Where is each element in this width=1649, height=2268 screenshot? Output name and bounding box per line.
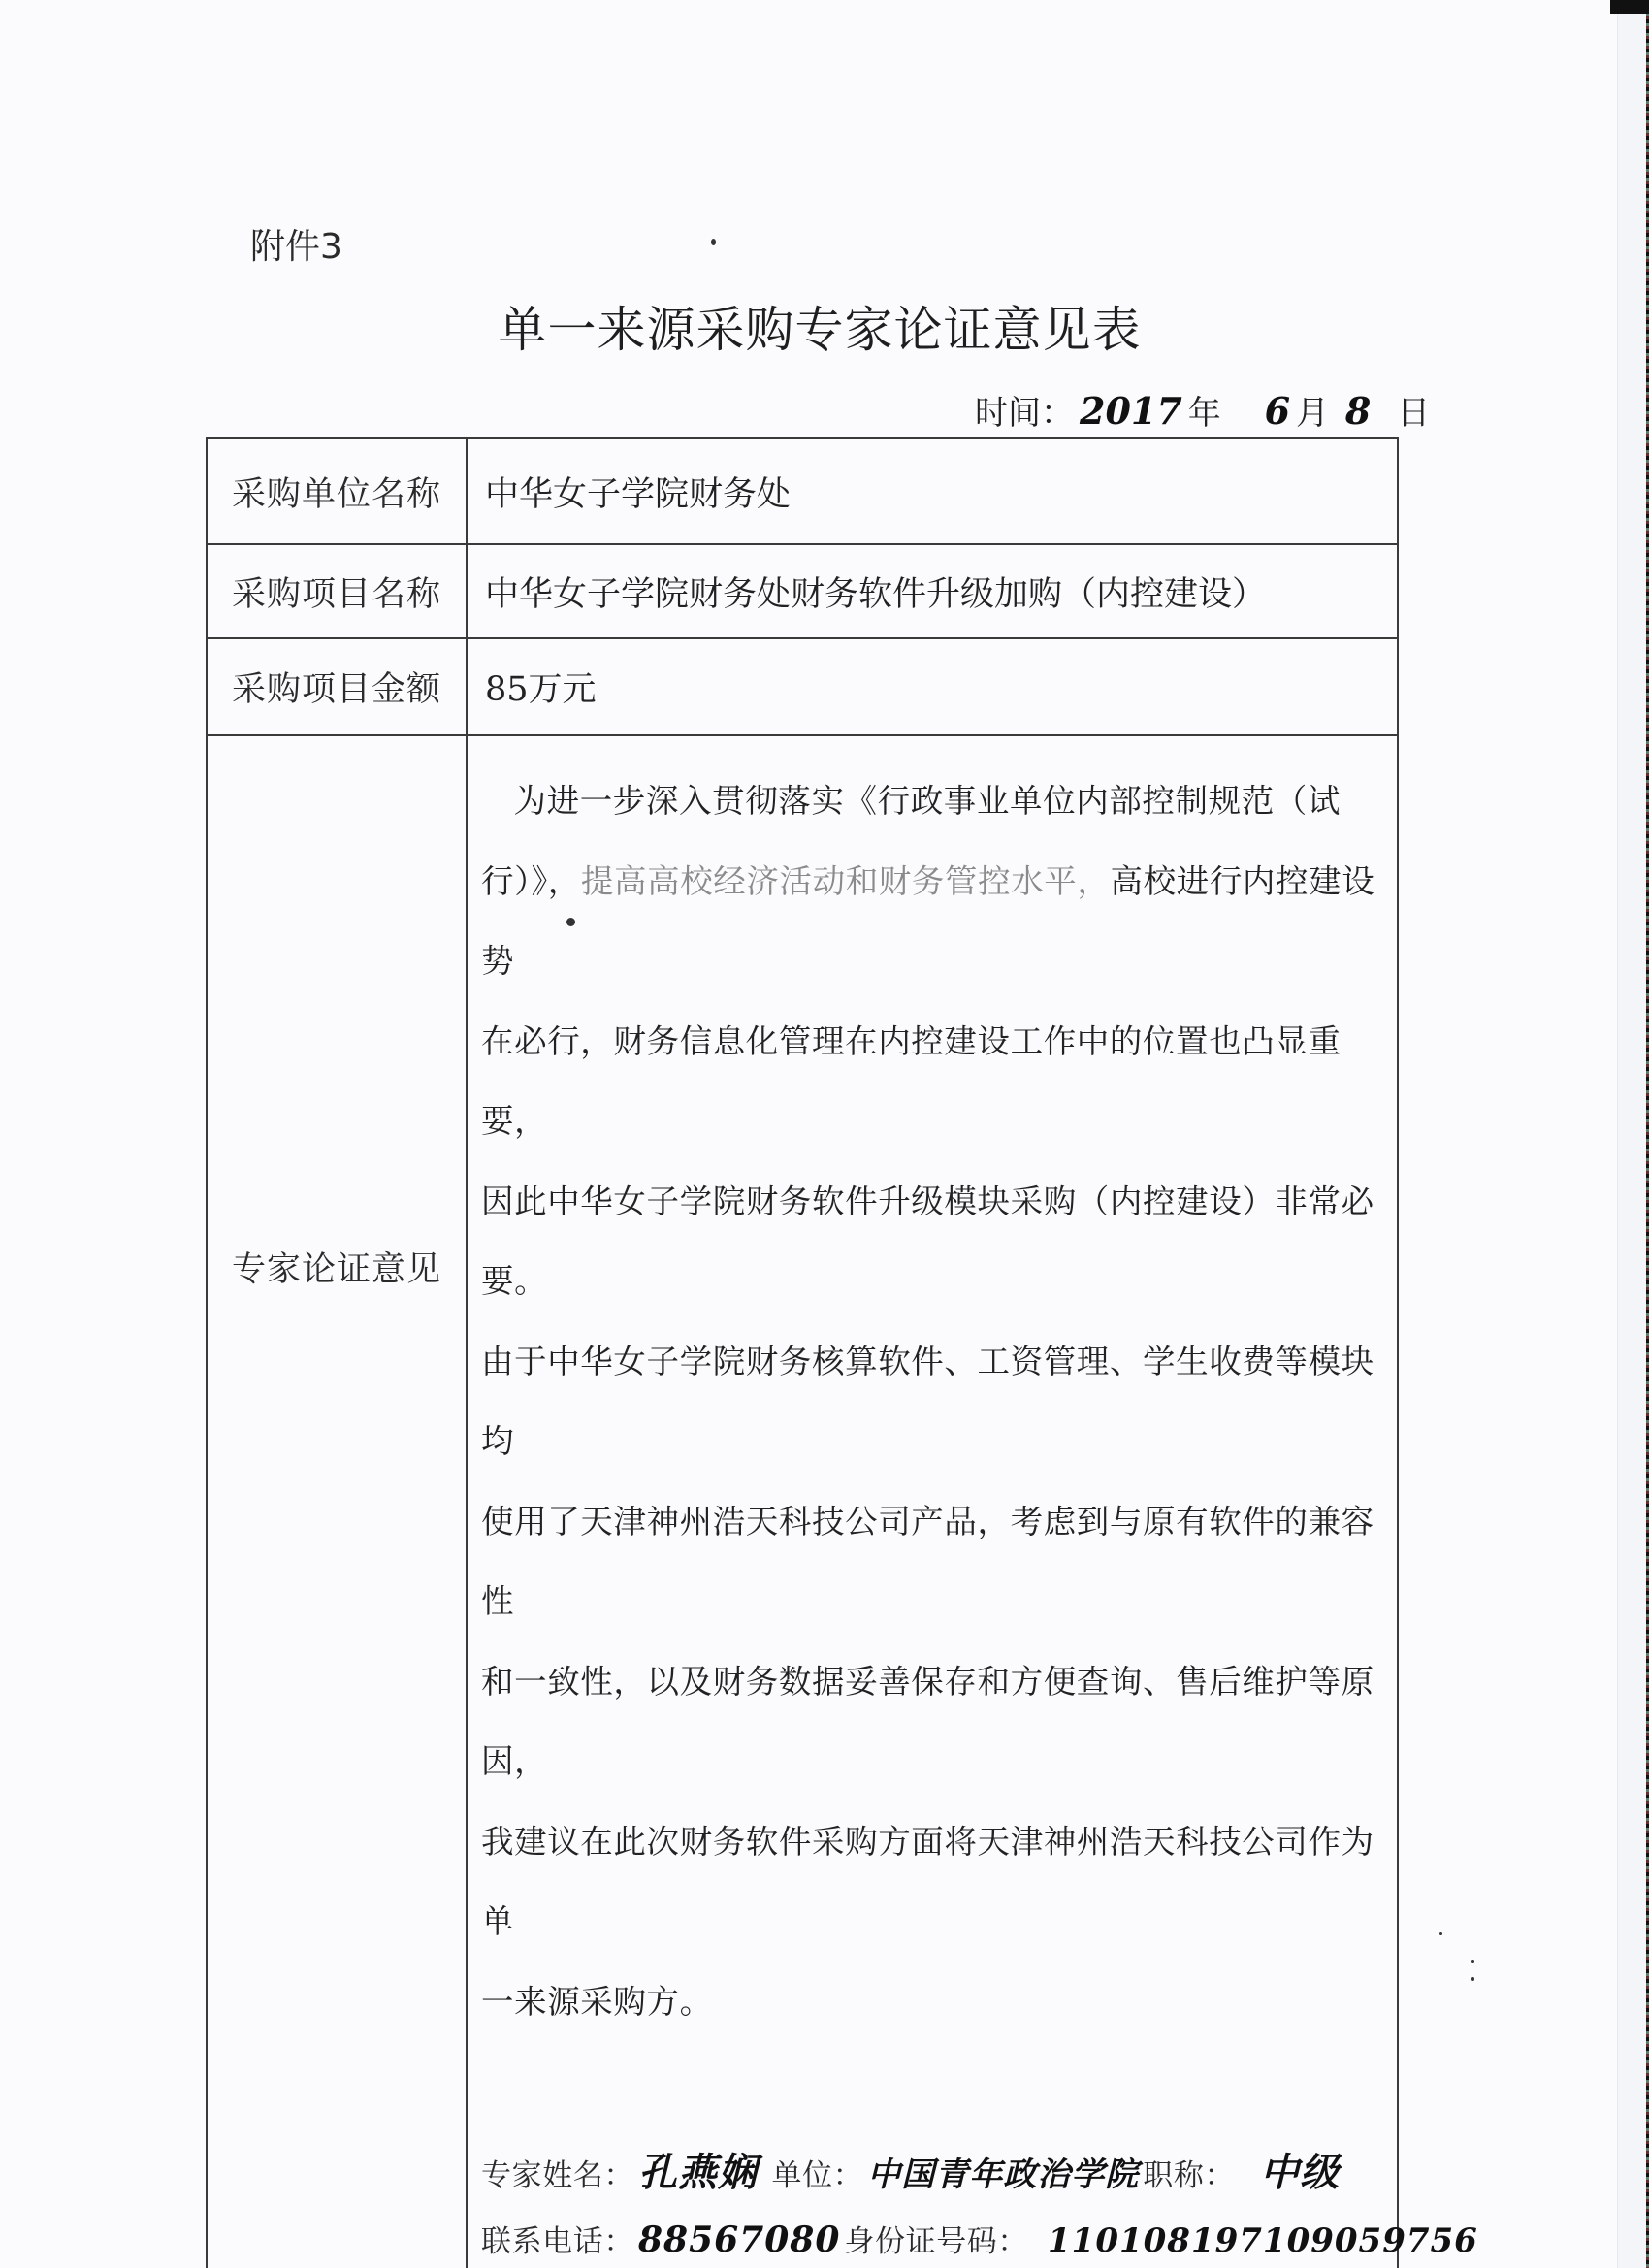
opinion-line: 使用了天津神州浩天科技公司产品，考虑到与原有软件的兼容性: [481, 1482, 1383, 1642]
opinion-line: 一来源采购方。: [481, 1962, 1383, 2043]
attachment-label: 附件3: [250, 219, 342, 269]
expert-title-label: 职称：: [1143, 2158, 1235, 2193]
opinion-content-cell: 为进一步深入贯彻落实《行政事业单位内部控制规范（试 行）》，提高高校经济活动和财…: [467, 735, 1398, 2268]
expert-name-label: 专家姓名：: [481, 2158, 634, 2193]
expert-opinion-form: 采购单位名称 中华女子学院财务处 采购项目名称 中华女子学院财务处财务软件升级加…: [206, 437, 1399, 2268]
expert-phone-label: 联系电话：: [481, 2224, 634, 2259]
form-row-project-name: 采购项目名称 中华女子学院财务处财务软件升级加购（内控建设）: [207, 544, 1398, 638]
purchaser-value: 中华女子学院财务处: [467, 438, 1398, 544]
opinion-line: 在必行，财务信息化管理在内控建设工作中的位置也凸显重要，: [481, 1002, 1383, 1162]
opinion-label-cell: 专家论证意见: [207, 735, 467, 2268]
date-line: 时间：2017年 6月 8 日: [975, 386, 1430, 434]
opinion-line: 由于中华女子学院财务核算软件、工资管理、学生收费等模块均: [481, 1322, 1383, 1482]
scan-corner-artifact: [1610, 0, 1649, 14]
date-prefix: 时间：: [975, 394, 1074, 433]
expert-id-handwritten: 110108197109059756: [1048, 2221, 1478, 2260]
form-row-project-amount: 采购项目金额 85万元: [207, 638, 1398, 735]
date-year-suffix: 年: [1188, 394, 1221, 433]
opinion-line: 和一致性，以及财务数据妥善保存和方便查询、售后维护等原因，: [481, 1642, 1383, 1802]
expert-info-row: 专家姓名：孔燕娴 单位：中国青年政治学院职称：中级: [481, 2141, 1383, 2208]
scan-speck: [711, 239, 716, 245]
expert-id-label: 身份证号码：: [844, 2224, 1028, 2259]
purchaser-label: 采购单位名称: [207, 438, 467, 544]
project-name-value: 中华女子学院财务处财务软件升级加购（内控建设）: [467, 544, 1398, 638]
scan-speck: [1471, 1960, 1474, 1963]
project-name-label: 采购项目名称: [207, 544, 467, 638]
expert-title-handwritten: 中级: [1260, 2150, 1340, 2195]
opinion-label: 专家论证意见: [208, 1243, 466, 1291]
date-month-suffix: 月: [1296, 394, 1329, 433]
expert-unit-handwritten: 中国青年政治学院: [867, 2155, 1139, 2194]
expert-unit-label: 单位：: [771, 2158, 863, 2193]
page-title: 单一来源采购专家论证意见表: [0, 291, 1649, 361]
expert-phone-handwritten: 88567080: [638, 2219, 840, 2260]
form-row-purchaser: 采购单位名称 中华女子学院财务处: [207, 438, 1398, 544]
expert-name-handwritten: 孔燕娴: [638, 2150, 758, 2195]
title-text: 单一来源采购专家论证意见表: [499, 291, 1142, 361]
project-amount-label: 采购项目金额: [207, 638, 467, 735]
opinion-line: 因此中华女子学院财务软件升级模块采购（内控建设）非常必要。: [481, 1162, 1383, 1322]
expert-contact-row: 联系电话：88567080身份证号码：110108197109059756: [481, 2208, 1383, 2268]
opinion-line: 为进一步深入贯彻落实《行政事业单位内部控制规范（试: [481, 761, 1383, 842]
expert-signature-block: 专家姓名：孔燕娴 单位：中国青年政治学院职称：中级 联系电话：88567080身…: [481, 2141, 1383, 2268]
form-row-opinion: 专家论证意见 为进一步深入贯彻落实《行政事业单位内部控制规范（试 行）》，提高高…: [207, 735, 1398, 2268]
scan-speck: [1471, 1977, 1474, 1981]
opinion-line: 行）》，提高高校经济活动和财务管控水平，高校进行内控建设势: [481, 842, 1383, 1002]
date-day-suffix: 日: [1397, 394, 1430, 433]
opinion-line: 我建议在此次财务软件采购方面将天津神州浩天科技公司作为单: [481, 1802, 1383, 1962]
date-year-handwritten: 2017: [1080, 389, 1182, 433]
opinion-text: 为进一步深入贯彻落实《行政事业单位内部控制规范（试 行）》，提高高校经济活动和财…: [468, 736, 1397, 2268]
date-day-handwritten: 8: [1345, 389, 1371, 433]
scan-speck: [1439, 1932, 1442, 1935]
date-month-handwritten: 6: [1265, 389, 1290, 433]
scan-speck: [566, 918, 575, 926]
project-amount-value: 85万元: [467, 638, 1398, 735]
